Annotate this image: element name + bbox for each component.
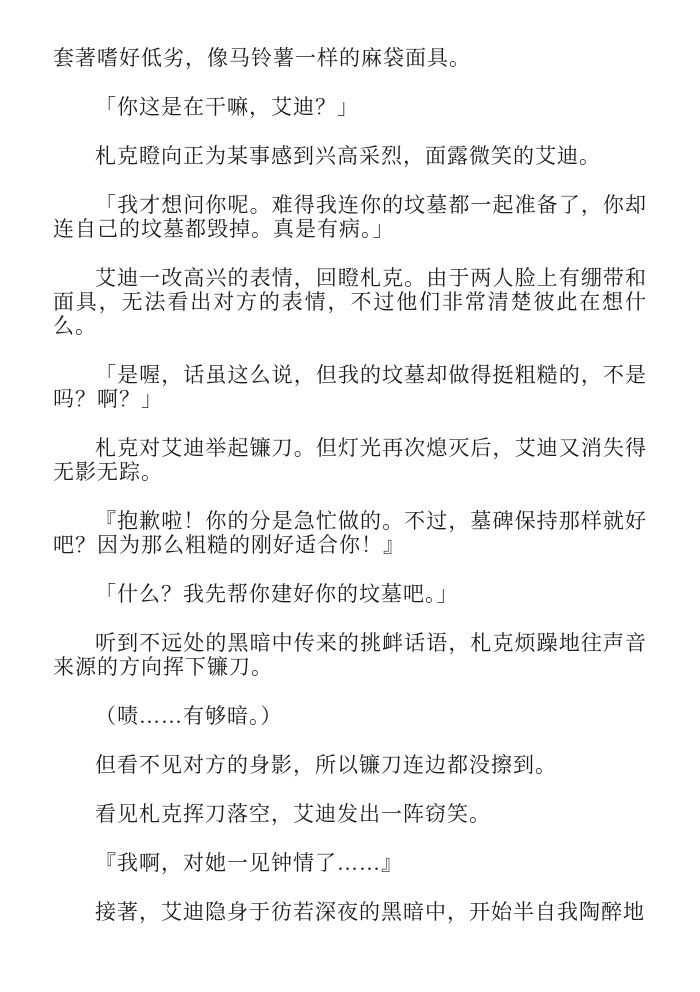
paragraph-narration: 看见札克挥刀落空，艾迪发出一阵窃笑。 (53, 802, 647, 826)
paragraph-dialogue: 「是喔，话虽这么说，但我的坟墓却做得挺粗糙的，不是吗？啊？」 (53, 363, 647, 411)
paragraph-continuation: 套著嗜好低劣，像马铃薯一样的麻袋面具。 (53, 46, 647, 70)
paragraph-narration: 听到不远处的黑暗中传来的挑衅话语，札克烦躁地往声音来源的方向挥下镰刀。 (53, 631, 647, 679)
paragraph-dialogue: 「什么？我先帮你建好你的坟墓吧。」 (53, 582, 647, 606)
paragraph-dialogue: 『我啊，对她一见钟情了……』 (53, 851, 647, 875)
paragraph-narration: 但看不见对方的身影，所以镰刀连边都没擦到。 (53, 753, 647, 777)
paragraph-dialogue: 「我才想问你呢。难得我连你的坟墓都一起准备了，你却连自己的坟墓都毁掉。真是有病。… (53, 193, 647, 241)
paragraph-inner-thought: （啧……有够暗。） (53, 704, 647, 728)
paragraph-narration: 艾迪一改高兴的表情，回瞪札克。由于两人脸上有绷带和面具，无法看出对方的表情，不过… (53, 266, 647, 338)
paragraph-dialogue: 「你这是在干嘛，艾迪？」 (53, 95, 647, 119)
paragraph-narration: 札克对艾迪举起镰刀。但灯光再次熄灭后，艾迪又消失得无影无踪。 (53, 436, 647, 484)
paragraph-dialogue: 『抱歉啦！你的分是急忙做的。不过，墓碑保持那样就好吧？因为那么粗糙的刚好适合你！… (53, 509, 647, 557)
paragraph-narration: 接著，艾迪隐身于彷若深夜的黑暗中，开始半自我陶醉地 (53, 900, 647, 924)
book-page: 套著嗜好低劣，像马铃薯一样的麻袋面具。 「你这是在干嘛，艾迪？」 札克瞪向正为某… (0, 0, 700, 992)
paragraph-narration: 札克瞪向正为某事感到兴高采烈，面露微笑的艾迪。 (53, 144, 647, 168)
